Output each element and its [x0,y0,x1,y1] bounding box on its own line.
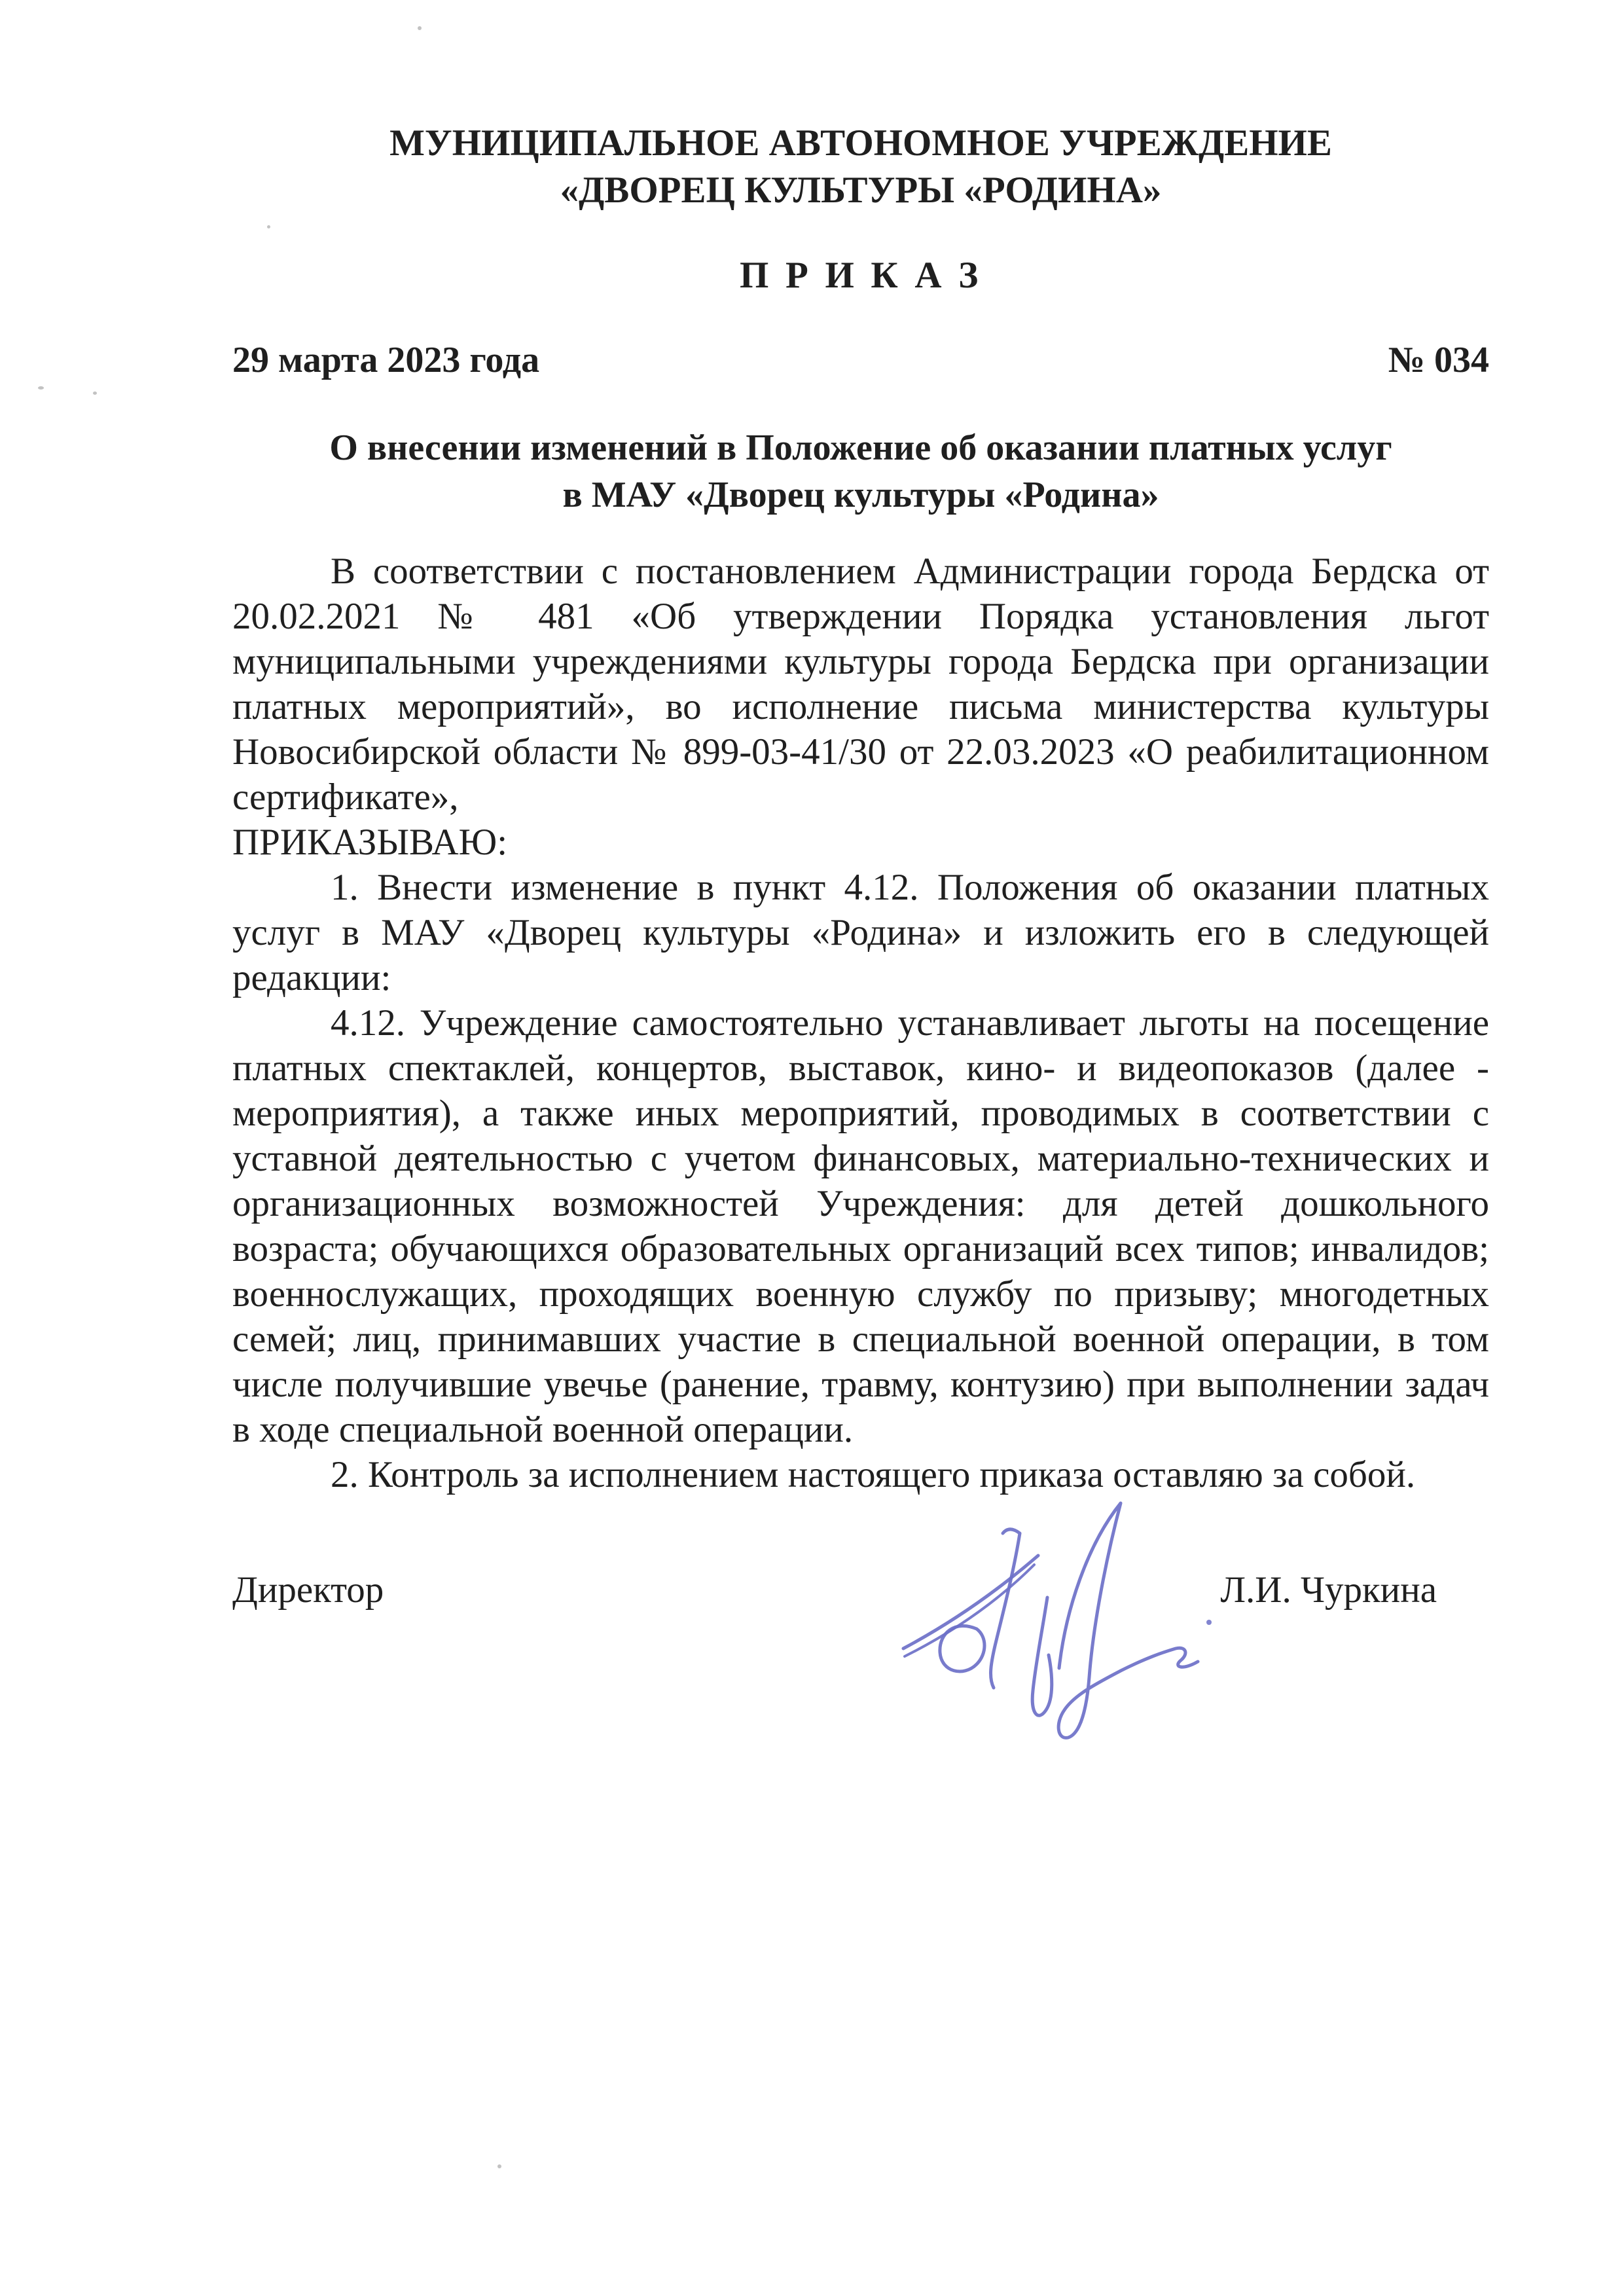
scan-speck [38,386,44,390]
scan-speck [267,225,270,228]
paragraph-preamble: В соответствии с постановлением Админист… [232,549,1489,820]
paragraph-item-1: 1. Внести изменение в пункт 4.12. Положе… [232,865,1489,1000]
signature-role: Директор [232,1569,384,1611]
date-number-row: 29 марта 2023 года № 034 [232,339,1489,381]
paragraph-item-2: 2. Контроль за исполнением настоящего пр… [232,1452,1489,1497]
signature-row: Директор Л.И. Чуркина [232,1569,1489,1611]
document-type-heading: П Р И К А З [232,254,1489,297]
organization-name-line2: «ДВОРЕЦ КУЛЬТУРЫ «РОДИНА» [232,167,1489,214]
scan-speck [497,2164,501,2168]
scan-speck [418,26,422,30]
signature-name: Л.И. Чуркина [1220,1569,1437,1611]
scan-speck [93,392,97,395]
document-subject: О внесении изменений в Положение об оказ… [232,424,1489,519]
handwritten-signature-icon [890,1493,1218,1755]
paragraph-prikazyvayu: ПРИКАЗЫВАЮ: [232,820,1489,865]
organization-name-line1: МУНИЦИПАЛЬНОЕ АВТОНОМНОЕ УЧРЕЖДЕНИЕ [232,120,1489,167]
document-date: 29 марта 2023 года [232,339,539,381]
document-page: МУНИЦИПАЛЬНОЕ АВТОНОМНОЕ УЧРЕЖДЕНИЕ «ДВО… [0,0,1624,2296]
organization-name: МУНИЦИПАЛЬНОЕ АВТОНОМНОЕ УЧРЕЖДЕНИЕ «ДВО… [232,120,1489,214]
document-number: № 034 [1388,339,1489,381]
paragraph-item-4-12: 4.12. Учреждение самостоятельно устанавл… [232,1000,1489,1452]
document-body: В соответствии с постановлением Админист… [232,549,1489,1497]
document-subject-line2: в МАУ «Дворец культуры «Родина» [232,471,1489,519]
document-subject-line1: О внесении изменений в Положение об оказ… [232,424,1489,471]
